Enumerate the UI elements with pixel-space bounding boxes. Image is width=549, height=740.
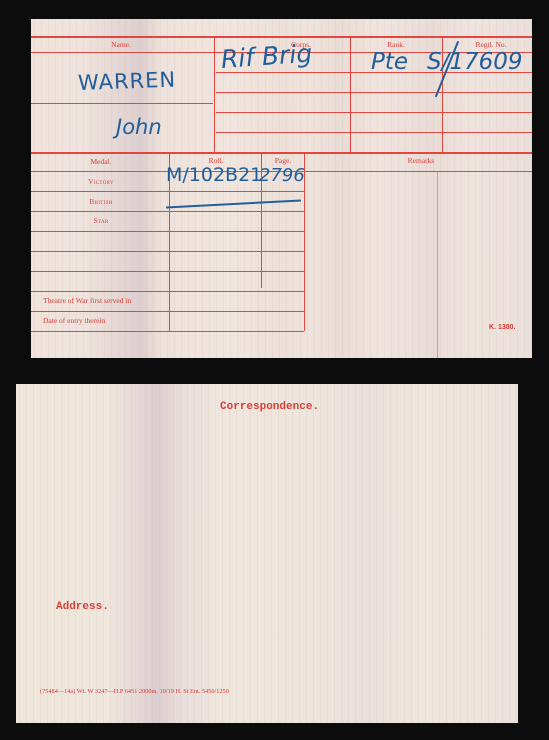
- rank-header: Rank.: [376, 40, 416, 49]
- rule: [31, 331, 304, 332]
- rule: [216, 112, 532, 113]
- medal-header: Medal.: [61, 157, 141, 166]
- correspondence-title: Correspondence.: [220, 401, 319, 413]
- rule: [31, 103, 213, 104]
- rule: [31, 191, 304, 192]
- forename-entry: John: [116, 115, 162, 139]
- rule: [31, 271, 304, 272]
- page-header: Page.: [263, 156, 303, 165]
- medal-card-back: Correspondence. Address. (75484—14a) Wt.…: [16, 384, 518, 723]
- surname-entry: WARREN: [78, 68, 177, 95]
- rule: [31, 231, 304, 232]
- top-rule: [31, 36, 532, 38]
- regt-no-header: Regtl. No.: [461, 40, 521, 49]
- form-number: K. 1380.: [489, 324, 515, 331]
- theatre-label: Theatre of War first served in: [43, 296, 131, 305]
- page-entry: 2796: [259, 165, 305, 186]
- regt-no-entry: S/17609: [427, 49, 523, 75]
- corps-entry: Rif Brig: [220, 39, 313, 74]
- rule: [31, 311, 304, 312]
- medal-victory: Victory: [61, 177, 141, 186]
- underline-stroke: [166, 199, 301, 208]
- medal-card-front: Name. Corps. Rank. Regtl. No. WARREN Joh…: [31, 19, 532, 358]
- remarks-divider: [437, 171, 438, 358]
- rule-v: [350, 36, 351, 152]
- roll-entry: M/102B21: [166, 164, 262, 186]
- rule: [31, 291, 304, 292]
- date-label: Date of entry therein: [43, 316, 105, 325]
- rule: [31, 211, 304, 212]
- rank-entry: Pte: [371, 49, 408, 75]
- rule: [216, 92, 532, 93]
- remarks-header: Remarks: [391, 156, 451, 165]
- section-rule: [31, 152, 532, 154]
- medal-british: British: [61, 197, 141, 206]
- address-label: Address.: [56, 601, 109, 613]
- medal-star: Star: [61, 216, 141, 225]
- name-header: Name.: [71, 40, 171, 49]
- printer-imprint: (75484—14a) Wt. W 3247—H.P 6451 2000m. 1…: [40, 688, 229, 695]
- rule-v: [214, 36, 215, 152]
- rule: [31, 52, 213, 53]
- rule: [216, 132, 532, 133]
- rule: [31, 251, 304, 252]
